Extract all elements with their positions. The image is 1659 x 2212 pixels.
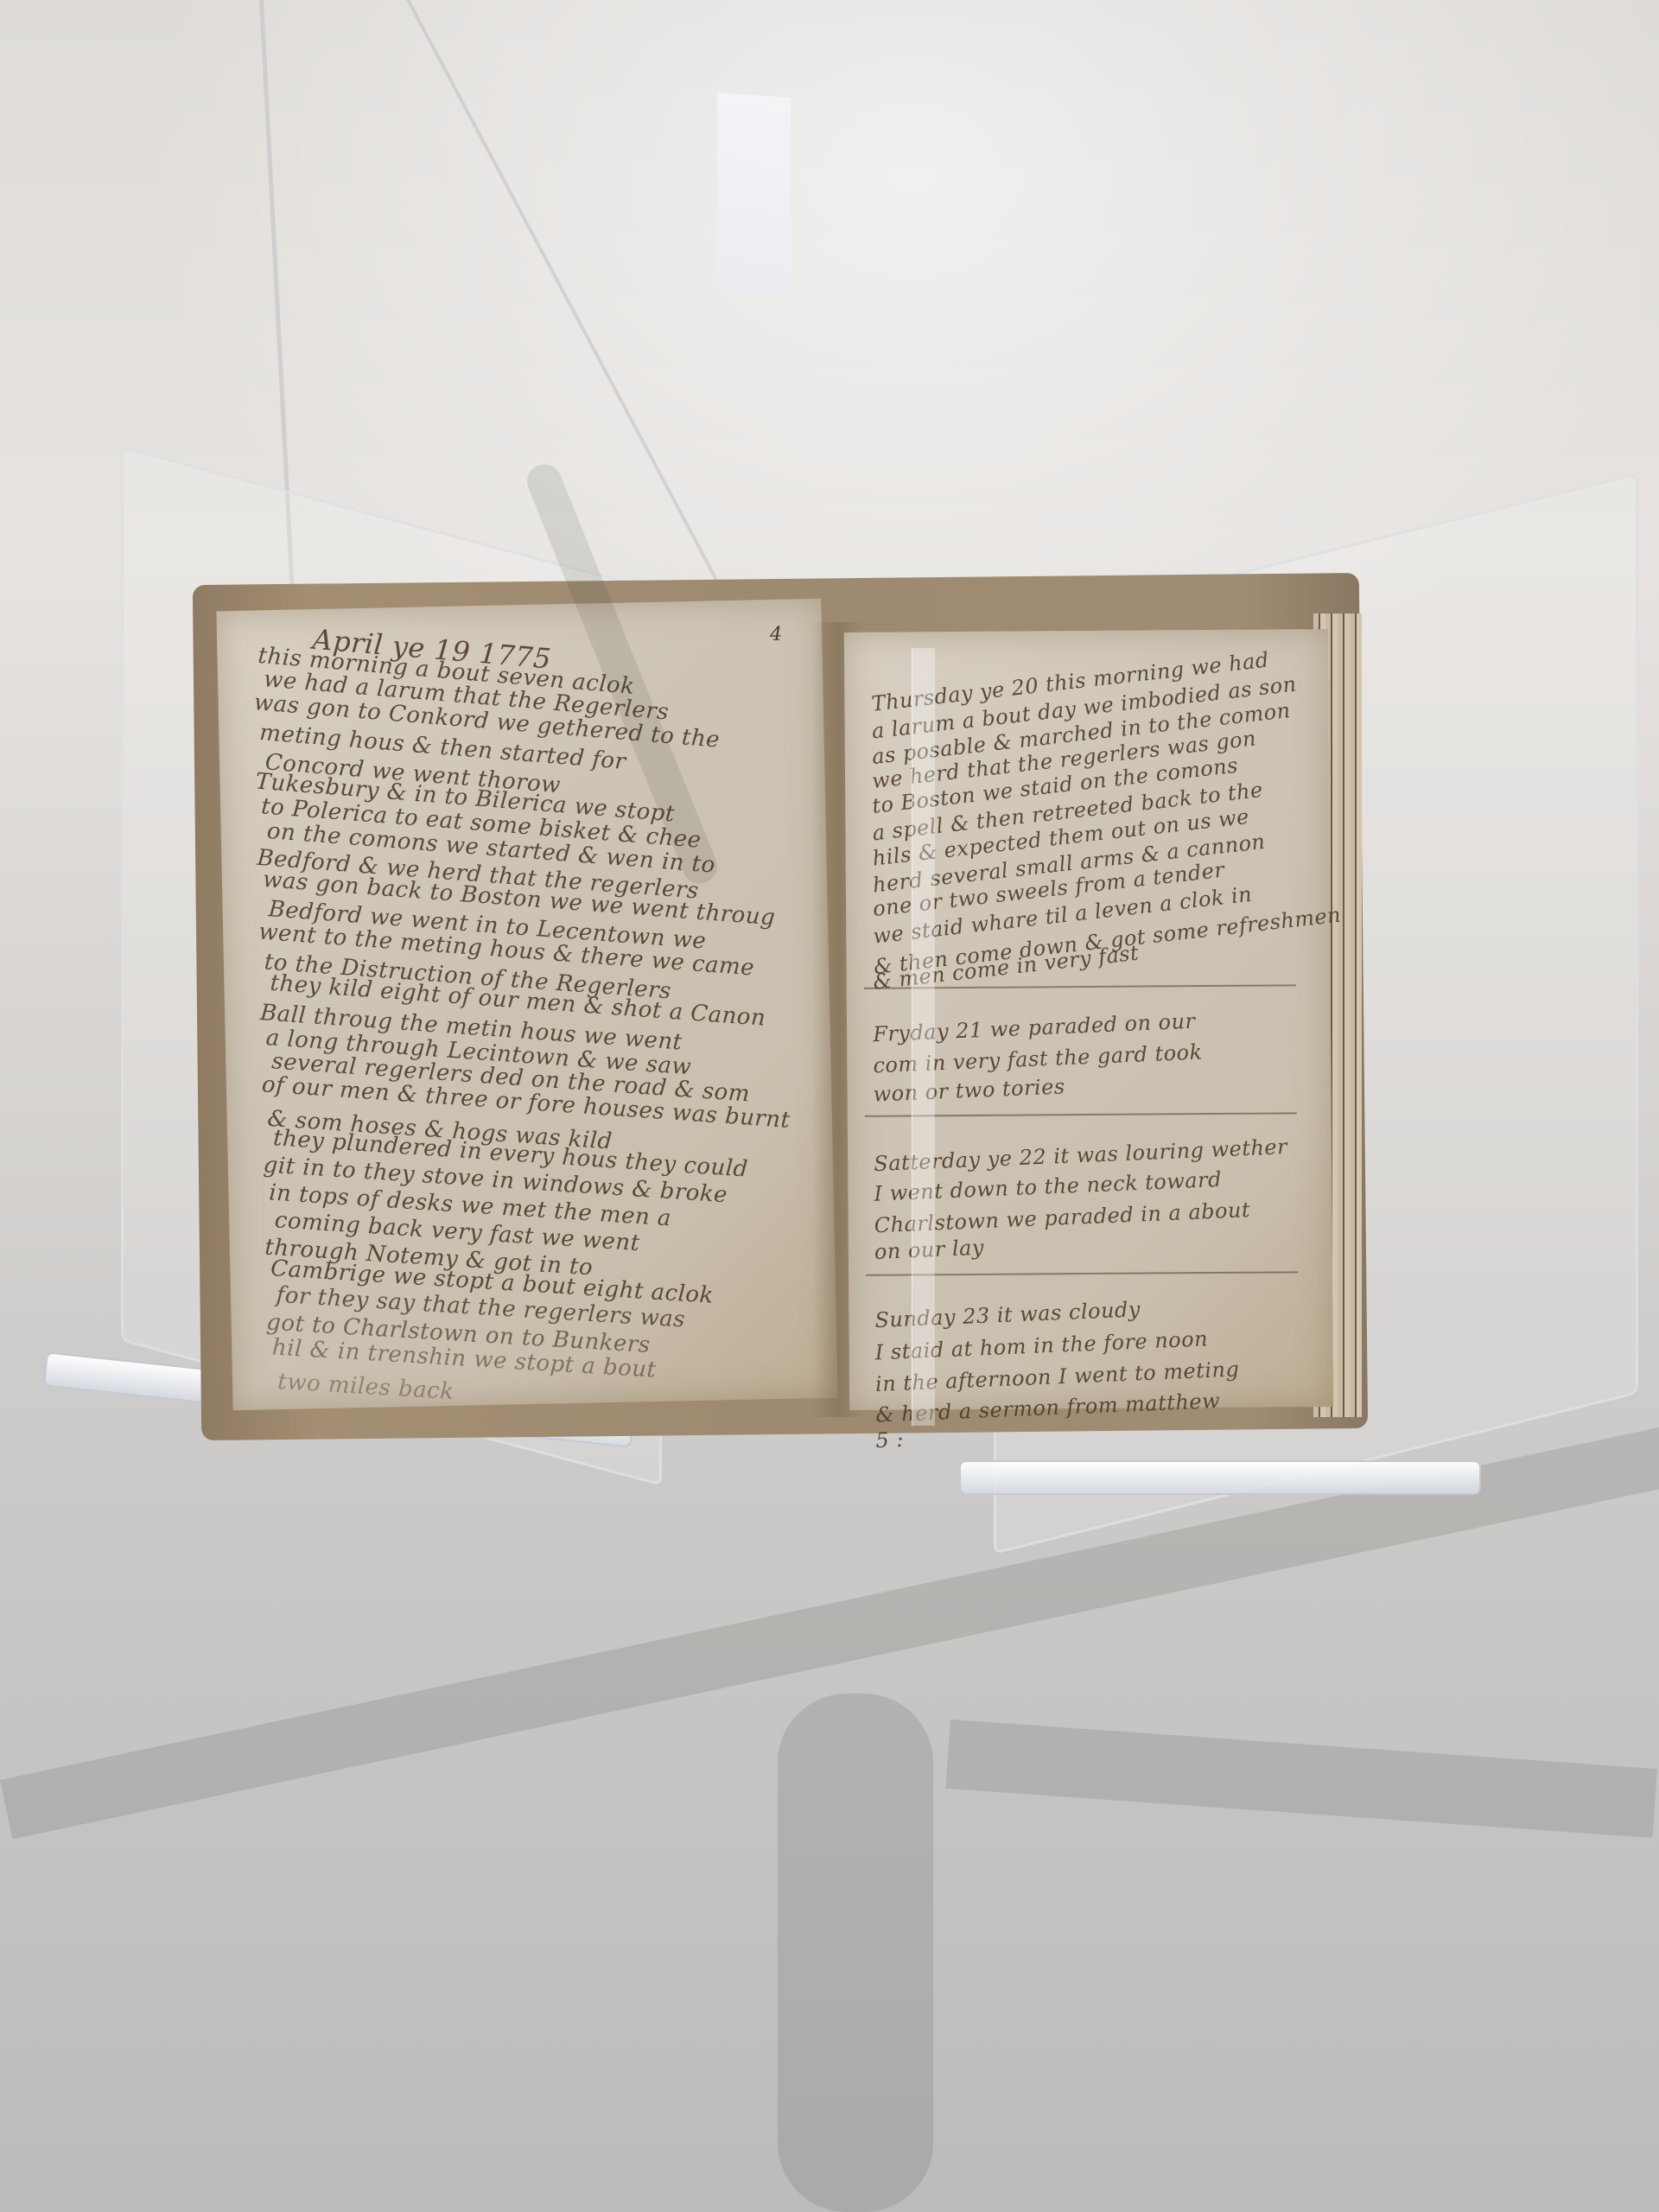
floor-shadow <box>945 1719 1657 1838</box>
left-page: 4 April ye 19 1775this morning a bout se… <box>216 599 837 1410</box>
manuscript-line: two miles back <box>277 1369 455 1405</box>
window-reflection <box>717 92 791 296</box>
manuscript-line: won or two tories <box>873 1074 1065 1106</box>
open-diary-book: 4 April ye 19 1775this morning a bout se… <box>190 570 1365 1434</box>
page-number: 4 <box>770 624 783 645</box>
manuscript-line: 5 : <box>875 1427 905 1452</box>
floor-shadow <box>778 1694 933 2212</box>
conservation-strap <box>912 648 935 1426</box>
cradle-right-ledge <box>959 1460 1481 1495</box>
diary-entry-heading: Satterday ye 22 it was louring wether <box>874 1135 1288 1176</box>
